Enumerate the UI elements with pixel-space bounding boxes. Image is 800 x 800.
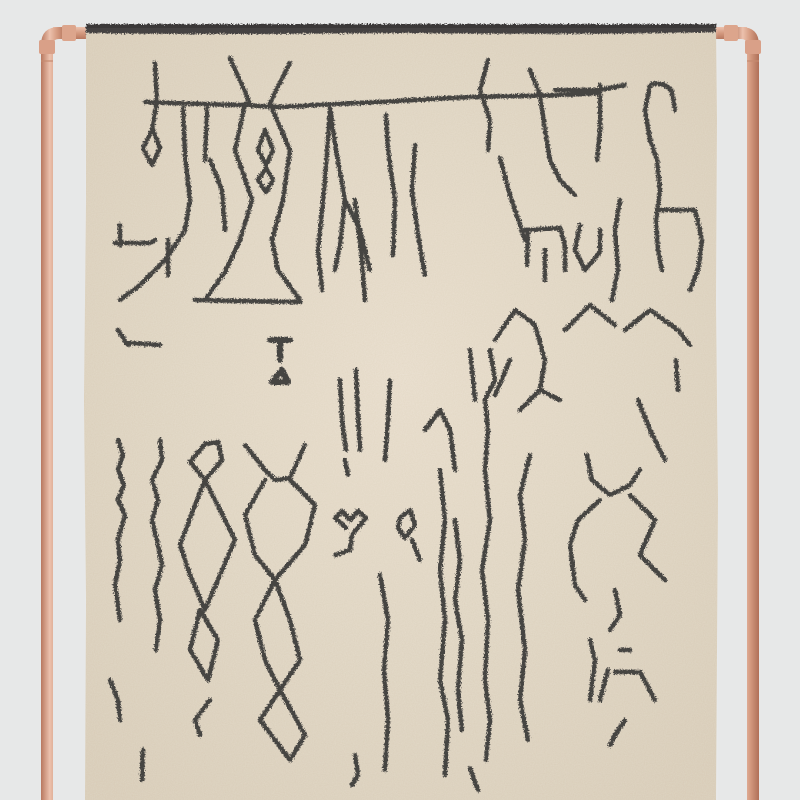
rug-highlight bbox=[85, 28, 718, 800]
product-photo bbox=[0, 0, 800, 800]
rug-on-rack-illustration bbox=[0, 0, 800, 800]
